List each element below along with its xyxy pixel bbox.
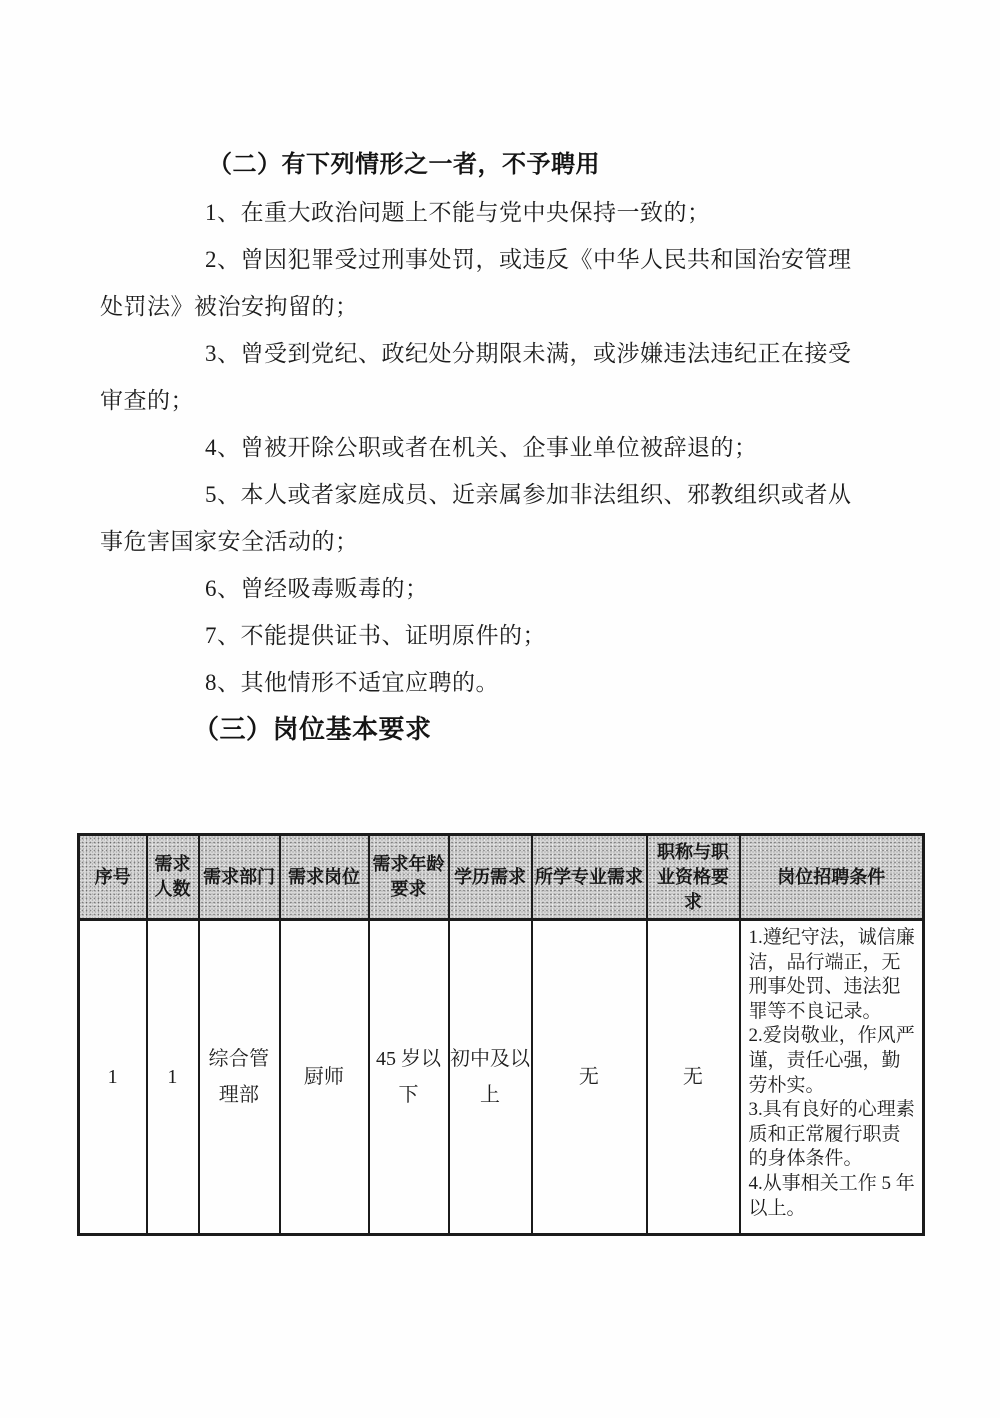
- body-line: 1、在重大政治问题上不能与党中央保持一致的；: [100, 189, 880, 236]
- body-line: 5、本人或者家庭成员、近亲属参加非法组织、邪教组织或者从: [100, 471, 880, 518]
- condition-item: 1.遵纪守法，诚信廉洁，品行端正，无刑事处罚、违法犯罪等不良记录。: [749, 926, 919, 1024]
- condition-item: 4.从事相关工作 5 年以上。: [749, 1172, 919, 1221]
- column-header: 岗位招聘条件: [740, 835, 924, 920]
- section-heading-2: （二）有下列情形之一者，不予聘用: [100, 142, 880, 189]
- table-cell: 无: [532, 920, 647, 1235]
- table-header-row: 序号需求人数需求部门需求岗位需求年龄要求学历需求所学专业需求职称与职业资格要求岗…: [79, 835, 924, 920]
- column-header: 学历需求: [449, 835, 532, 920]
- condition-item: 2.爱岗敬业，作风严谨，责任心强，勤劳朴实。: [749, 1024, 919, 1098]
- document-body: （二）有下列情形之一者，不予聘用 1、在重大政治问题上不能与党中央保持一致的；2…: [100, 142, 880, 753]
- body-line: 事危害国家安全活动的；: [100, 518, 880, 565]
- column-header: 所学专业需求: [532, 835, 647, 920]
- table-cell: 无: [647, 920, 740, 1235]
- body-line: 2、曾因犯罪受过刑事处罚，或违反《中华人民共和国治安管理: [100, 236, 880, 283]
- table-cell-conditions: 1.遵纪守法，诚信廉洁，品行端正，无刑事处罚、违法犯罪等不良记录。2.爱岗敬业，…: [740, 920, 924, 1235]
- column-header: 需求年龄要求: [369, 835, 449, 920]
- column-header: 职称与职业资格要求: [647, 835, 740, 920]
- column-header: 需求岗位: [280, 835, 369, 920]
- body-line: 3、曾受到党纪、政纪处分期限未满，或涉嫌违法违纪正在接受: [100, 330, 880, 377]
- requirements-table: 序号需求人数需求部门需求岗位需求年龄要求学历需求所学专业需求职称与职业资格要求岗…: [77, 833, 925, 1236]
- condition-item: 3.具有良好的心理素质和正常履行职责的身体条件。: [749, 1098, 919, 1172]
- column-header: 需求部门: [199, 835, 280, 920]
- column-header: 序号: [79, 835, 147, 920]
- column-header: 需求人数: [147, 835, 199, 920]
- table-cell: 厨师: [280, 920, 369, 1235]
- table-cell: 1: [147, 920, 199, 1235]
- body-line: 处罚法》被治安拘留的；: [100, 283, 880, 330]
- table-row: 11综合管理部厨师45 岁以下初中及以上无无1.遵纪守法，诚信廉洁，品行端正，无…: [79, 920, 924, 1235]
- table-cell: 初中及以上: [449, 920, 532, 1235]
- section-heading-3: （三）岗位基本要求: [100, 706, 880, 753]
- body-line: 8、其他情形不适宜应聘的。: [100, 659, 880, 706]
- body-text: 1、在重大政治问题上不能与党中央保持一致的；2、曾因犯罪受过刑事处罚，或违反《中…: [100, 189, 880, 706]
- table-cell: 综合管理部: [199, 920, 280, 1235]
- document-page: （二）有下列情形之一者，不予聘用 1、在重大政治问题上不能与党中央保持一致的；2…: [0, 0, 1000, 1418]
- body-line: 7、不能提供证书、证明原件的；: [100, 612, 880, 659]
- body-line: 6、曾经吸毒贩毒的；: [100, 565, 880, 612]
- table-cell: 45 岁以下: [369, 920, 449, 1235]
- body-line: 审查的；: [100, 377, 880, 424]
- table-cell: 1: [79, 920, 147, 1235]
- body-line: 4、曾被开除公职或者在机关、企事业单位被辞退的；: [100, 424, 880, 471]
